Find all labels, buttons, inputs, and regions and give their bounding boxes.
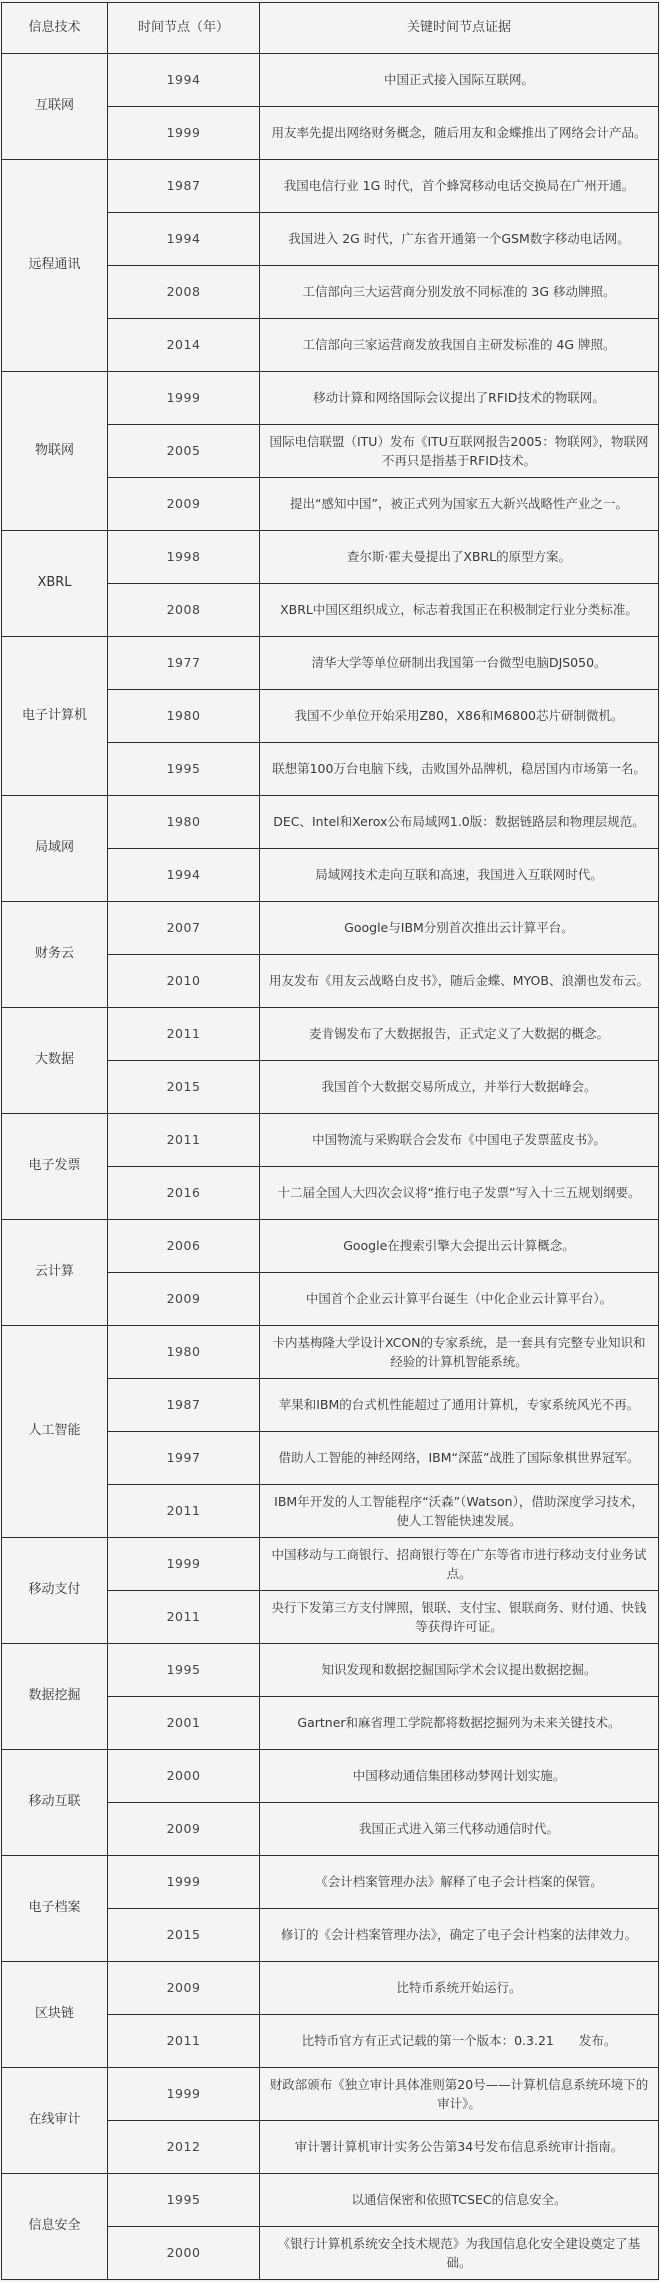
- evidence-cell: 我国不少单位开始采用Z80，X86和M6800芯片研制微机。: [260, 690, 659, 743]
- evidence-cell: 麦肯锡发布了大数据报告，正式定义了大数据的概念。: [260, 1008, 659, 1061]
- year-cell: 1994: [108, 213, 260, 266]
- year-cell: 1980: [108, 1326, 260, 1379]
- evidence-cell: 清华大学等单位研制出我国第一台微型电脑DJS050。: [260, 637, 659, 690]
- category-cell: 信息安全: [2, 2174, 108, 2280]
- evidence-cell: 局域网技术走向互联和高速，我国进入互联网时代。: [260, 849, 659, 902]
- evidence-cell: 比特币官方有正式记载的第一个版本：0.3.21 发布。: [260, 2015, 659, 2068]
- category-cell: 局域网: [2, 796, 108, 902]
- evidence-cell: 我国首个大数据交易所成立，并举行大数据峰会。: [260, 1061, 659, 1114]
- year-cell: 2014: [108, 319, 260, 372]
- evidence-cell: 《银行计算机系统安全技术规范》为我国信息化安全建设奠定了基础。: [260, 2227, 659, 2280]
- evidence-cell: 国际电信联盟（ITU）发布《ITU互联网报告2005：物联网》，物联网不再只是指…: [260, 425, 659, 478]
- table-row: 云计算2006Google在搜索引擎大会提出云计算概念。: [2, 1220, 659, 1273]
- year-cell: 1999: [108, 2068, 260, 2121]
- evidence-cell: 提出“感知中国”，被正式列为国家五大新兴战略性产业之一。: [260, 478, 659, 531]
- evidence-cell: 以通信保密和依照TCSEC的信息安全。: [260, 2174, 659, 2227]
- header-year: 时间节点（年）: [108, 3, 260, 54]
- evidence-cell: 财政部颁布《独立审计具体准则第20号——计算机信息系统环境下的审计》。: [260, 2068, 659, 2121]
- evidence-cell: 中国物流与采购联合会发布《中国电子发票蓝皮书》。: [260, 1114, 659, 1167]
- year-cell: 1999: [108, 1856, 260, 1909]
- year-cell: 1977: [108, 637, 260, 690]
- header-evidence: 关键时间节点证据: [260, 3, 659, 54]
- year-cell: 1997: [108, 1432, 260, 1485]
- category-cell: 电子发票: [2, 1114, 108, 1220]
- table-row: 互联网1994中国正式接入国际互联网。: [2, 54, 659, 107]
- table-row: 局域网1980DEC、Intel和Xerox公布局域网1.0版：数据链路层和物理…: [2, 796, 659, 849]
- evidence-cell: 卡内基梅隆大学设计XCON的专家系统，是一套具有完整专业知识和经验的计算机智能系…: [260, 1326, 659, 1379]
- year-cell: 2007: [108, 902, 260, 955]
- evidence-cell: 查尔斯·霍夫曼提出了XBRL的原型方案。: [260, 531, 659, 584]
- year-cell: 1999: [108, 107, 260, 160]
- year-cell: 2012: [108, 2121, 260, 2174]
- year-cell: 2006: [108, 1220, 260, 1273]
- category-cell: 电子计算机: [2, 637, 108, 796]
- year-cell: 2001: [108, 1697, 260, 1750]
- category-cell: 远程通讯: [2, 160, 108, 372]
- evidence-cell: 中国正式接入国际互联网。: [260, 54, 659, 107]
- evidence-cell: 借助人工智能的神经网络，IBM“深蓝”战胜了国际象棋世界冠军。: [260, 1432, 659, 1485]
- table-row: 在线审计1999财政部颁布《独立审计具体准则第20号——计算机信息系统环境下的审…: [2, 2068, 659, 2121]
- year-cell: 2008: [108, 584, 260, 637]
- table-row: 区块链2009比特币系统开始运行。: [2, 1962, 659, 2015]
- year-cell: 1980: [108, 796, 260, 849]
- evidence-cell: Google在搜索引擎大会提出云计算概念。: [260, 1220, 659, 1273]
- evidence-cell: Gartner和麻省理工学院都将数据挖掘列为未来关键技术。: [260, 1697, 659, 1750]
- evidence-cell: 《会计档案管理办法》解释了电子会计档案的保管。: [260, 1856, 659, 1909]
- table-row: 数据挖掘1995知识发现和数据挖掘国际学术会议提出数据挖掘。: [2, 1644, 659, 1697]
- year-cell: 2000: [108, 2227, 260, 2280]
- evidence-cell: IBM年开发的人工智能程序“沃森”（Watson），借助深度学习技术，使人工智能…: [260, 1485, 659, 1538]
- evidence-cell: 修订的《会计档案管理办法》，确定了电子会计档案的法律效力。: [260, 1909, 659, 1962]
- category-cell: 移动支付: [2, 1538, 108, 1644]
- year-cell: 2011: [108, 1485, 260, 1538]
- year-cell: 1994: [108, 54, 260, 107]
- evidence-cell: 审计署计算机审计实务公告第34号发布信息系统审计指南。: [260, 2121, 659, 2174]
- year-cell: 2008: [108, 266, 260, 319]
- evidence-cell: 工信部向三大运营商分别发放不同标准的 3G 移动牌照。: [260, 266, 659, 319]
- category-cell: 互联网: [2, 54, 108, 160]
- evidence-cell: 用友率先提出网络财务概念，随后用友和金蝶推出了网络会计产品。: [260, 107, 659, 160]
- year-cell: 2009: [108, 1803, 260, 1856]
- category-cell: 电子档案: [2, 1856, 108, 1962]
- category-cell: 数据挖掘: [2, 1644, 108, 1750]
- timeline-table-body: 互联网1994中国正式接入国际互联网。1999用友率先提出网络财务概念，随后用友…: [2, 54, 659, 2280]
- year-cell: 2015: [108, 1061, 260, 1114]
- year-cell: 1998: [108, 531, 260, 584]
- table-row: 财务云2007Google与IBM分别首次推出云计算平台。: [2, 902, 659, 955]
- year-cell: 1987: [108, 160, 260, 213]
- table-row: XBRL1998查尔斯·霍夫曼提出了XBRL的原型方案。: [2, 531, 659, 584]
- evidence-cell: 我国电信行业 1G 时代，首个蜂窝移动电话交换局在广州开通。: [260, 160, 659, 213]
- table-row: 移动支付1999中国移动与工商银行、招商银行等在广东等省市进行移动支付业务试点。: [2, 1538, 659, 1591]
- evidence-cell: DEC、Intel和Xerox公布局域网1.0版：数据链路层和物理层规范。: [260, 796, 659, 849]
- year-cell: 1995: [108, 743, 260, 796]
- year-cell: 2011: [108, 1114, 260, 1167]
- evidence-cell: 我国进入 2G 时代，广东省开通第一个GSM数字移动电话网。: [260, 213, 659, 266]
- category-cell: 人工智能: [2, 1326, 108, 1538]
- table-row: 电子档案1999《会计档案管理办法》解释了电子会计档案的保管。: [2, 1856, 659, 1909]
- year-cell: 1987: [108, 1379, 260, 1432]
- year-cell: 1980: [108, 690, 260, 743]
- evidence-cell: 移动计算和网络国际会议提出了RFID技术的物联网。: [260, 372, 659, 425]
- evidence-cell: 知识发现和数据挖掘国际学术会议提出数据挖掘。: [260, 1644, 659, 1697]
- category-cell: 移动互联: [2, 1750, 108, 1856]
- evidence-cell: XBRL中国区组织成立，标志着我国正在积极制定行业分类标准。: [260, 584, 659, 637]
- table-row: 人工智能1980卡内基梅隆大学设计XCON的专家系统，是一套具有完整专业知识和经…: [2, 1326, 659, 1379]
- evidence-cell: 苹果和IBM的台式机性能超过了通用计算机，专家系统风光不再。: [260, 1379, 659, 1432]
- evidence-cell: 工信部向三家运营商发放我国自主研发标准的 4G 牌照。: [260, 319, 659, 372]
- header-category: 信息技术: [2, 3, 108, 54]
- evidence-cell: 央行下发第三方支付牌照，银联、支付宝、银联商务、财付通、快钱等获得许可证。: [260, 1591, 659, 1644]
- table-header-row: 信息技术 时间节点（年） 关键时间节点证据: [2, 3, 659, 54]
- table-row: 大数据2011麦肯锡发布了大数据报告，正式定义了大数据的概念。: [2, 1008, 659, 1061]
- year-cell: 2009: [108, 1273, 260, 1326]
- it-timeline-table: 信息技术 时间节点（年） 关键时间节点证据 互联网1994中国正式接入国际互联网…: [1, 2, 659, 2280]
- category-cell: 区块链: [2, 1962, 108, 2068]
- category-cell: 大数据: [2, 1008, 108, 1114]
- table-row: 远程通讯1987我国电信行业 1G 时代，首个蜂窝移动电话交换局在广州开通。: [2, 160, 659, 213]
- year-cell: 1994: [108, 849, 260, 902]
- year-cell: 2009: [108, 478, 260, 531]
- category-cell: XBRL: [2, 531, 108, 637]
- year-cell: 2011: [108, 2015, 260, 2068]
- scanned-table-page: 信息技术 时间节点（年） 关键时间节点证据 互联网1994中国正式接入国际互联网…: [0, 0, 660, 2282]
- category-cell: 在线审计: [2, 2068, 108, 2174]
- year-cell: 2009: [108, 1962, 260, 2015]
- evidence-cell: 比特币系统开始运行。: [260, 1962, 659, 2015]
- year-cell: 1995: [108, 1644, 260, 1697]
- evidence-cell: 联想第100万台电脑下线，击败国外品牌机，稳居国内市场第一名。: [260, 743, 659, 796]
- evidence-cell: 中国首个企业云计算平台诞生（中化企业云计算平台）。: [260, 1273, 659, 1326]
- table-row: 信息安全1995以通信保密和依照TCSEC的信息安全。: [2, 2174, 659, 2227]
- category-cell: 物联网: [2, 372, 108, 531]
- year-cell: 2015: [108, 1909, 260, 1962]
- category-cell: 云计算: [2, 1220, 108, 1326]
- year-cell: 2005: [108, 425, 260, 478]
- evidence-cell: 中国移动与工商银行、招商银行等在广东等省市进行移动支付业务试点。: [260, 1538, 659, 1591]
- evidence-cell: 十二届全国人大四次会议将“推行电子发票”写入十三五规划纲要。: [260, 1167, 659, 1220]
- year-cell: 2016: [108, 1167, 260, 1220]
- table-row: 物联网1999移动计算和网络国际会议提出了RFID技术的物联网。: [2, 372, 659, 425]
- year-cell: 1995: [108, 2174, 260, 2227]
- category-cell: 财务云: [2, 902, 108, 1008]
- year-cell: 1999: [108, 1538, 260, 1591]
- evidence-cell: Google与IBM分别首次推出云计算平台。: [260, 902, 659, 955]
- table-row: 电子发票2011中国物流与采购联合会发布《中国电子发票蓝皮书》。: [2, 1114, 659, 1167]
- table-row: 电子计算机1977清华大学等单位研制出我国第一台微型电脑DJS050。: [2, 637, 659, 690]
- table-row: 移动互联2000中国移动通信集团移动梦网计划实施。: [2, 1750, 659, 1803]
- evidence-cell: 中国移动通信集团移动梦网计划实施。: [260, 1750, 659, 1803]
- year-cell: 1999: [108, 372, 260, 425]
- year-cell: 2010: [108, 955, 260, 1008]
- year-cell: 2000: [108, 1750, 260, 1803]
- evidence-cell: 用友发布《用友云战略白皮书》，随后金蝶、MYOB、浪潮也发布云。: [260, 955, 659, 1008]
- year-cell: 2011: [108, 1591, 260, 1644]
- evidence-cell: 我国正式进入第三代移动通信时代。: [260, 1803, 659, 1856]
- year-cell: 2011: [108, 1008, 260, 1061]
